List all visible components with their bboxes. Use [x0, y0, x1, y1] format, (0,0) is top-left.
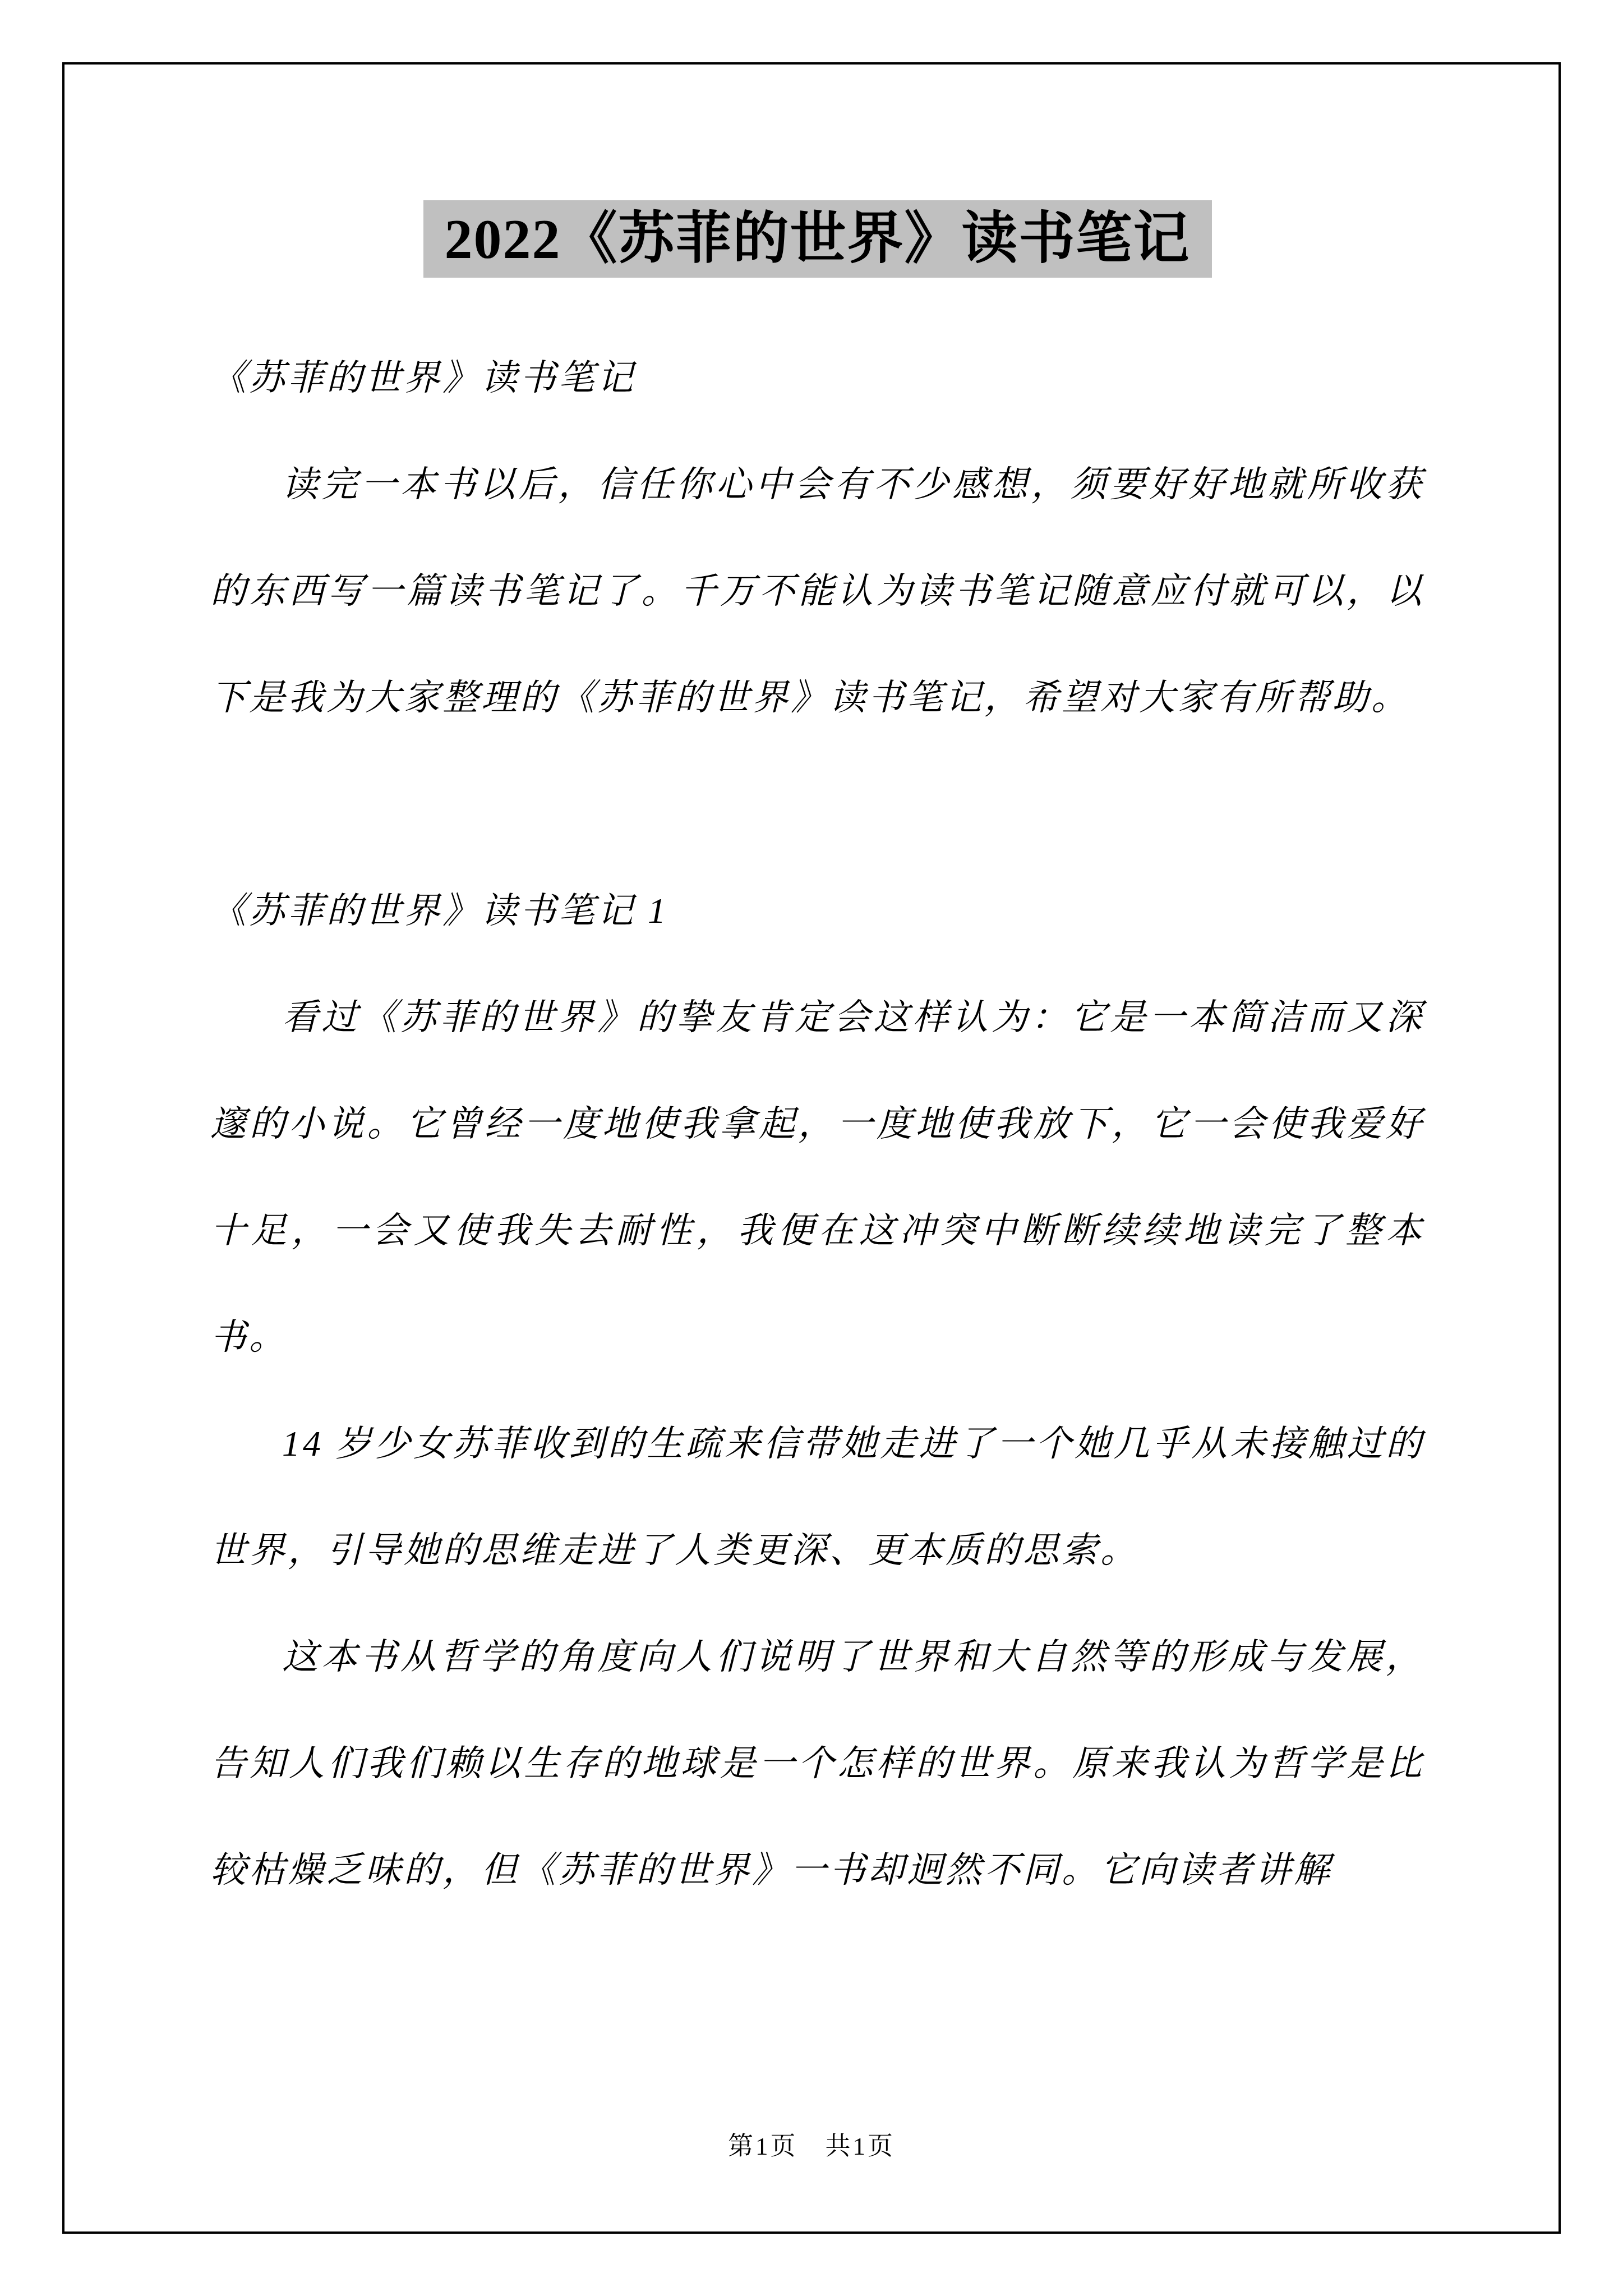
section-heading: 《苏菲的世界》读书笔记 1: [210, 858, 1424, 964]
document-page: { "document": { "title": "2022《苏菲的世界》读书笔…: [0, 0, 1623, 2296]
body-paragraph-3: 这本书从哲学的角度向人们说明了世界和大自然等的形成与发展，告知人们我们赖以生存的…: [210, 1604, 1424, 1924]
subtitle-line: 《苏菲的世界》读书笔记: [210, 325, 1424, 431]
document-title: 2022《苏菲的世界》读书笔记: [210, 200, 1424, 278]
body-paragraph-1: 看过《苏菲的世界》的挚友肯定会这样认为：它是一本简洁而又深邃的小说。它曾经一度地…: [210, 964, 1424, 1391]
body-paragraph-2: 14 岁少女苏菲收到的生疏来信带她走进了一个她几乎从未接触过的世界，引导她的思维…: [210, 1391, 1424, 1604]
title-highlight: 2022《苏菲的世界》读书笔记: [423, 200, 1212, 278]
intro-paragraph: 读完一本书以后，信任你心中会有不少感想，须要好好地就所收获的东西写一篇读书笔记了…: [210, 431, 1424, 751]
page-border-frame: 2022《苏菲的世界》读书笔记 《苏菲的世界》读书笔记 读完一本书以后，信任你心…: [62, 62, 1561, 2234]
page-number-text: 第1页 共1页: [728, 2132, 895, 2160]
page-footer: 第1页 共1页: [64, 2132, 1559, 2161]
